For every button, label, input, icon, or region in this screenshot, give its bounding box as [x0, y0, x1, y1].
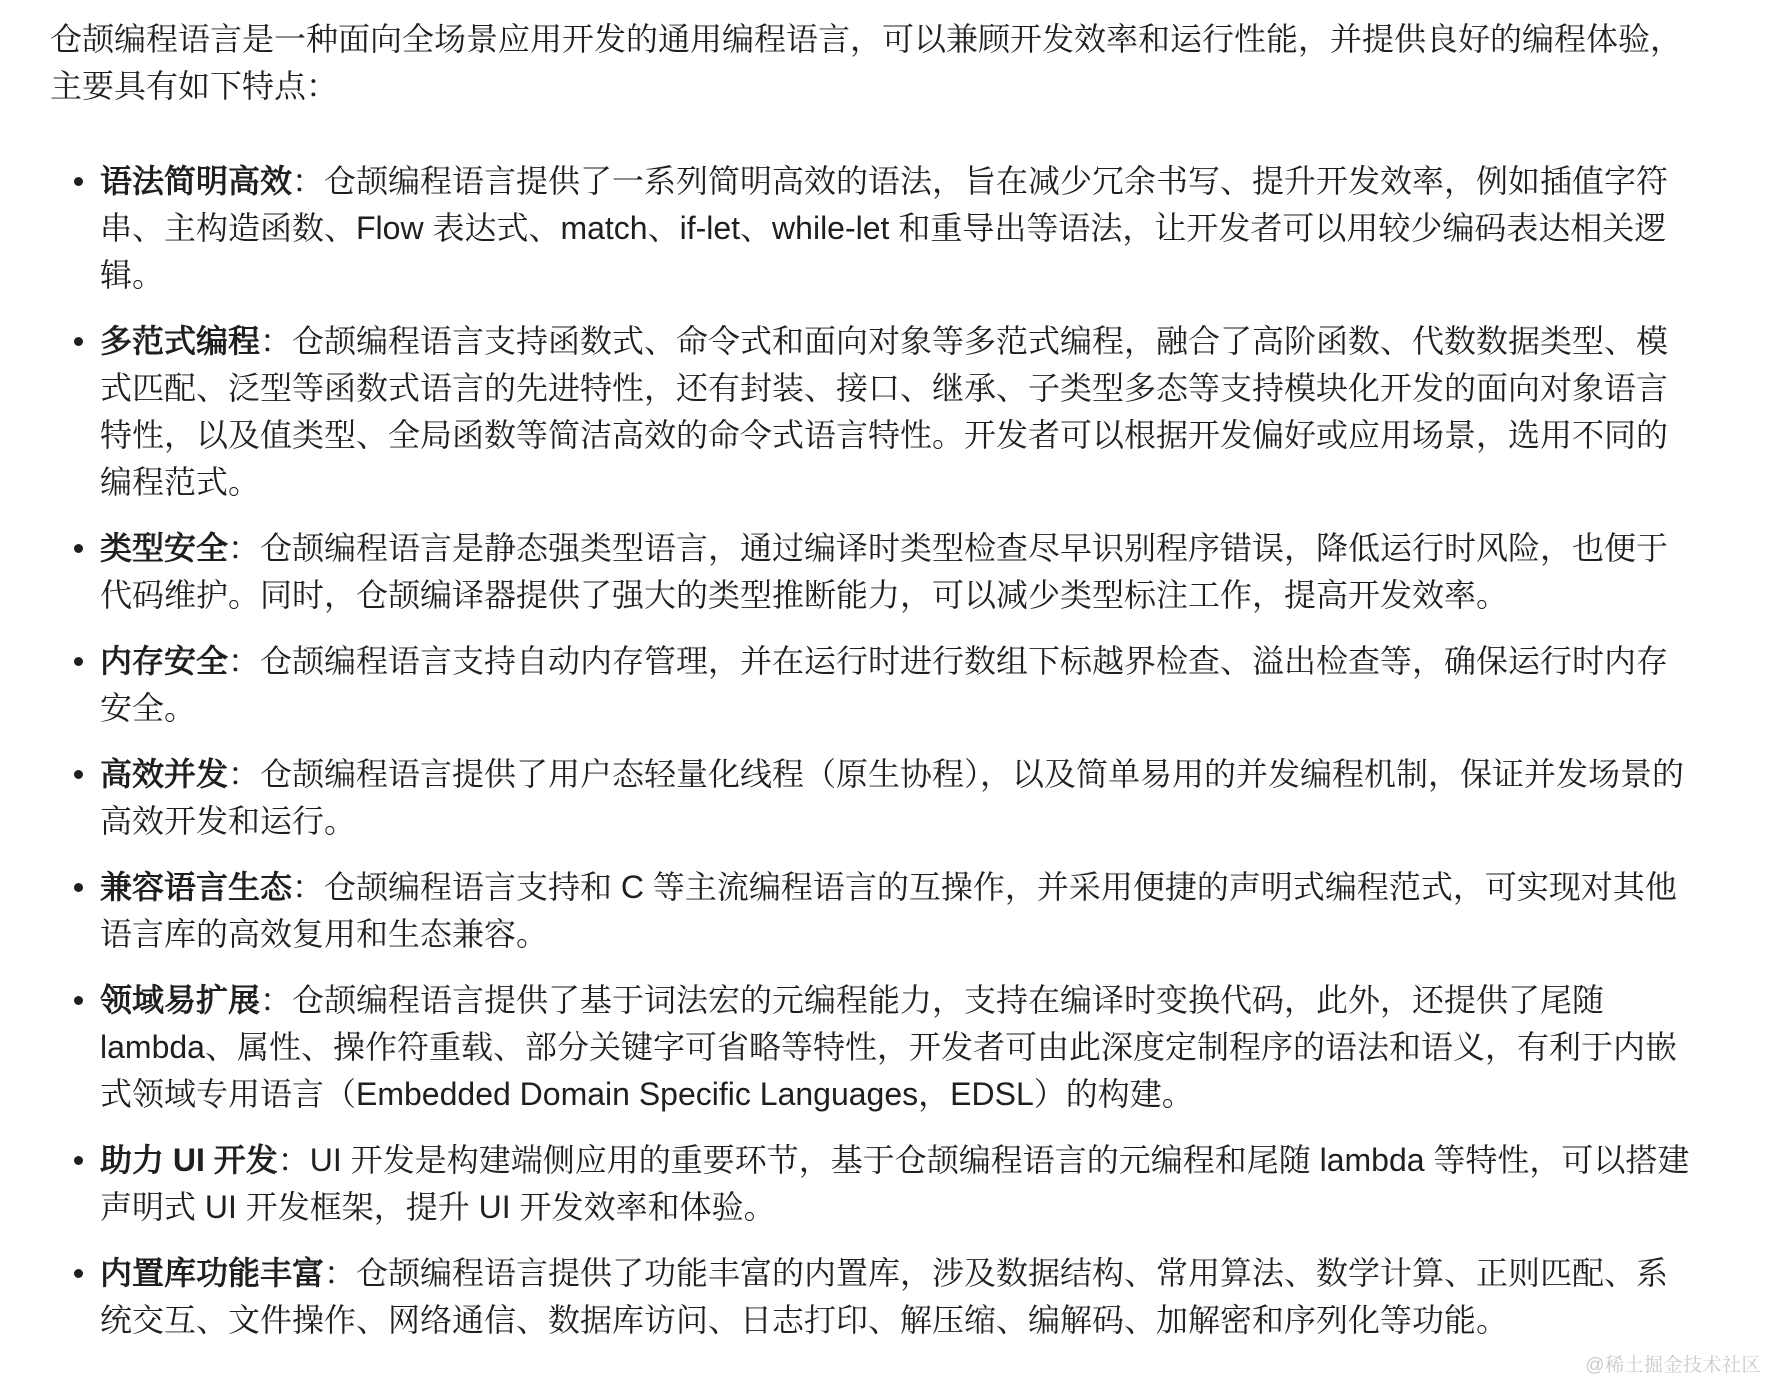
feature-item-6: 兼容语言生态：仓颉编程语言支持和 C 等主流编程语言的互操作，并采用便捷的声明式… [100, 864, 1696, 958]
feature-item-1: 语法简明高效：仓颉编程语言提供了一系列简明高效的语法，旨在减少冗余书写、提升开发… [100, 158, 1696, 299]
feature-term: 高效并发 [100, 756, 228, 792]
feature-term: 领域易扩展 [100, 982, 260, 1018]
feature-item-5: 高效并发：仓颉编程语言提供了用户态轻量化线程（原生协程），以及简单易用的并发编程… [100, 751, 1696, 845]
feature-text: ：UI 开发是构建端侧应用的重要环节，基于仓颉编程语言的元编程和尾随 lambd… [100, 1142, 1689, 1225]
watermark-text: @稀土掘金技术社区 [1585, 1355, 1761, 1377]
feature-item-2: 多范式编程：仓颉编程语言支持函数式、命令式和面向对象等多范式编程，融合了高阶函数… [100, 318, 1696, 506]
bullet-icon [74, 996, 83, 1005]
feature-text: ：仓颉编程语言提供了基于词法宏的元编程能力，支持在编译时变换代码，此外，还提供了… [100, 982, 1677, 1112]
bullet-icon [74, 177, 83, 186]
bullet-icon [74, 770, 83, 779]
feature-item-9: 内置库功能丰富：仓颉编程语言提供了功能丰富的内置库，涉及数据结构、常用算法、数学… [100, 1250, 1696, 1344]
feature-term: 助力 UI 开发 [100, 1142, 278, 1178]
feature-text: ：仓颉编程语言支持自动内存管理，并在运行时进行数组下标越界检查、溢出检查等，确保… [100, 643, 1668, 726]
bullet-icon [74, 337, 83, 346]
bullet-icon [74, 657, 83, 666]
feature-term: 兼容语言生态 [100, 869, 292, 905]
feature-term: 多范式编程 [100, 323, 260, 359]
feature-term: 语法简明高效 [100, 163, 292, 199]
feature-item-4: 内存安全：仓颉编程语言支持自动内存管理，并在运行时进行数组下标越界检查、溢出检查… [100, 638, 1696, 732]
feature-text: ：仓颉编程语言支持和 C 等主流编程语言的互操作，并采用便捷的声明式编程范式，可… [100, 869, 1677, 952]
feature-text: ：仓颉编程语言提供了功能丰富的内置库，涉及数据结构、常用算法、数学计算、正则匹配… [100, 1255, 1668, 1338]
feature-item-8: 助力 UI 开发：UI 开发是构建端侧应用的重要环节，基于仓颉编程语言的元编程和… [100, 1137, 1696, 1231]
feature-item-7: 领域易扩展：仓颉编程语言提供了基于词法宏的元编程能力，支持在编译时变换代码，此外… [100, 977, 1696, 1118]
feature-term: 类型安全 [100, 530, 228, 566]
bullet-icon [74, 1156, 83, 1165]
feature-text: ：仓颉编程语言提供了一系列简明高效的语法，旨在减少冗余书写、提升开发效率，例如插… [100, 163, 1668, 293]
bullet-icon [74, 544, 83, 553]
feature-term: 内存安全 [100, 643, 228, 679]
feature-list: 语法简明高效：仓颉编程语言提供了一系列简明高效的语法，旨在减少冗余书写、提升开发… [50, 158, 1696, 1344]
intro-paragraph: 仓颉编程语言是一种面向全场景应用开发的通用编程语言，可以兼顾开发效率和运行性能，… [50, 16, 1696, 110]
feature-item-3: 类型安全：仓颉编程语言是静态强类型语言，通过编译时类型检查尽早识别程序错误，降低… [100, 525, 1696, 619]
bullet-icon [74, 1269, 83, 1278]
feature-term: 内置库功能丰富 [100, 1255, 324, 1291]
feature-text: ：仓颉编程语言提供了用户态轻量化线程（原生协程），以及简单易用的并发编程机制，保… [100, 756, 1684, 839]
feature-text: ：仓颉编程语言支持函数式、命令式和面向对象等多范式编程，融合了高阶函数、代数数据… [100, 323, 1668, 500]
bullet-icon [74, 883, 83, 892]
feature-text: ：仓颉编程语言是静态强类型语言，通过编译时类型检查尽早识别程序错误，降低运行时风… [100, 530, 1668, 613]
article-page: 仓颉编程语言是一种面向全场景应用开发的通用编程语言，可以兼顾开发效率和运行性能，… [0, 0, 1766, 1384]
